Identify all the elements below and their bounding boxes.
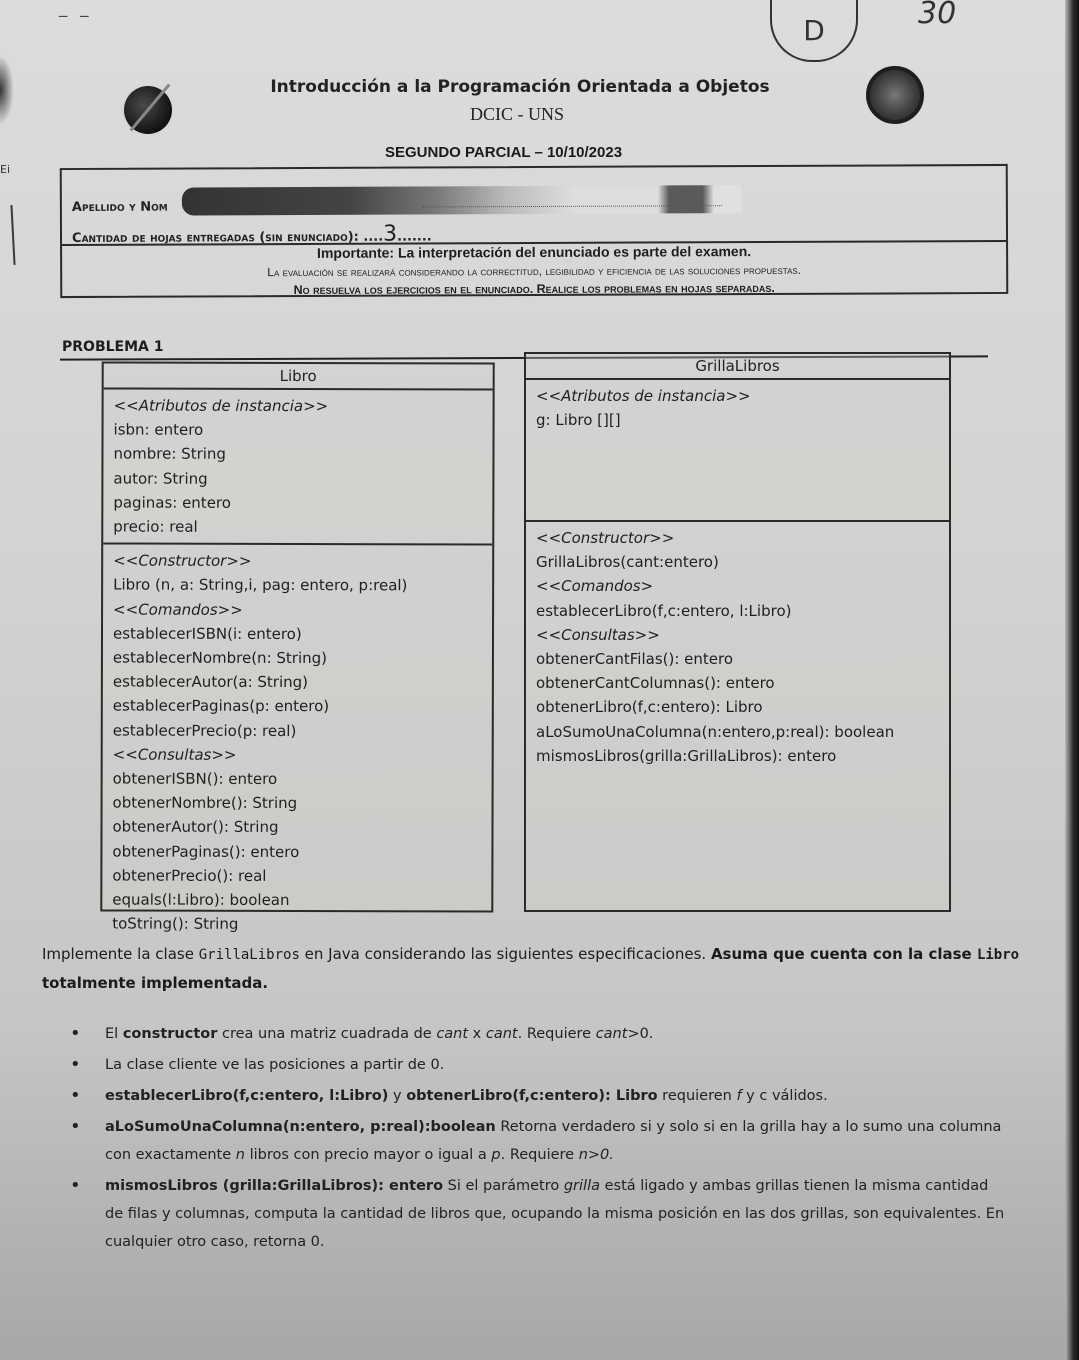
uml-member: establecerNombre(n: String) [113,646,482,671]
text-fragment: y [388,1088,406,1104]
uml-member: toString(): String [112,912,481,937]
text-fragment: obtenerLibro(f,c:entero): Libro [406,1088,657,1104]
spec-item-a-lo-sumo-una-columna: aLoSumoUnaColumna(n:entero, p:real):bool… [60,1113,1010,1169]
notice-separate-sheets: No resuelva los ejercicios en el enuncia… [62,280,1006,298]
commands-header: <<Comandos> [536,574,939,598]
text-fragment: cant [486,1026,518,1042]
uml-member: paginas: entero [113,490,482,515]
handwritten-grade: D [770,0,858,62]
text-fragment: constructor [123,1026,218,1042]
uml-member: obtenerAutor(): String [112,815,481,840]
redacted-name [182,185,742,215]
uml-member: obtenerISBN(): entero [113,767,482,792]
text-fragment: grilla [564,1178,600,1194]
uml-member: obtenerCantColumnas(): entero [536,671,939,695]
uml-member: establecerLibro(f,c:entero, l:Libro) [536,599,939,623]
uml-member: obtenerCantFilas(): entero [536,647,939,671]
notice-important: Importante: La interpretación del enunci… [62,242,1006,262]
uml-class-libro: Libro <<Atributos de instancia>> isbn: e… [100,361,494,912]
specification-list: El constructor crea una matriz cuadrada … [60,1020,1010,1259]
name-label: Apellido y Nom [72,200,168,215]
methods-section: <<Constructor>> GrillaLibros(cant:entero… [526,522,949,772]
exam-header-box: Apellido y Nom Cantidad de hojas entrega… [60,164,1009,298]
uml-member: obtenerPaginas(): entero [112,839,481,864]
intro-class-name: GrillaLibros [199,947,300,963]
uml-member: obtenerNombre(): String [113,791,482,816]
problem-label: PROBLEMA 1 [62,339,163,355]
uml-member: obtenerPrecio(): real [112,863,481,888]
uml-member: autor: String [113,466,482,491]
text-fragment: p [491,1147,500,1163]
text-fragment: . Requiere [518,1026,596,1042]
text-fragment: . Requiere [501,1147,579,1163]
text-fragment: n [236,1147,245,1163]
uml-member: establecerPaginas(p: entero) [113,694,482,719]
class-name: GrillaLibros [526,354,949,380]
attributes-section: <<Atributos de instancia>> g: Libro [][] [526,380,949,522]
text-fragment: n>0. [579,1147,614,1163]
uml-member: obtenerLibro(f,c:entero): Libro [536,695,939,719]
text-fragment: crea una matriz cuadrada de [217,1026,436,1042]
uml-member: establecerISBN(i: entero) [113,621,482,646]
constructor-header: <<Constructor>> [536,526,939,550]
page-edge-shadow [1065,0,1079,1360]
uml-member: precio: real [113,515,482,540]
statement-intro: Implemente la clase GrillaLibros en Java… [42,940,1032,997]
constructor-header: <<Constructor>> [113,549,482,574]
intro-class-name-2: Libro [977,947,1019,963]
attributes-section: <<Atributos de instancia>> isbn: enteron… [103,389,492,545]
grade-letter: D [803,14,825,47]
spec-item-constructor: El constructor crea una matriz cuadrada … [60,1020,1010,1048]
text-fragment: cant [596,1026,628,1042]
uml-member: equals(l:Libro): boolean [112,888,481,913]
uml-member: g: Libro [][] [536,408,939,432]
intro-bold-text: totalmente implementada. [42,974,268,992]
course-title: Introducción a la Programación Orientada… [0,77,1040,97]
queries-header: <<Consultas>> [536,623,939,647]
spec-item-mismos-libros: mismosLibros (grilla:GrillaLibros): ente… [60,1172,1010,1256]
uml-member: isbn: entero [114,418,483,443]
uml-member: Libro (n, a: String,i, pag: entero, p:re… [113,573,482,598]
department: DCIC - UNS [0,104,1034,125]
left-margin-text: Ei [0,163,10,176]
text-fragment: El [105,1026,123,1042]
queries-header: <<Consultas>> [113,742,482,767]
text-fragment: establecerLibro(f,c:entero, l:Libro) [105,1088,388,1104]
spec-item-positions: La clase cliente ve las posiciones a par… [60,1051,1010,1079]
commands-header: <<Comandos>> [113,597,482,622]
text-fragment: Si el parámetro [443,1178,564,1194]
handwritten-score: 30 [918,0,956,31]
spec-item-establecer-obtener: establecerLibro(f,c:entero, l:Libro) y o… [60,1082,1010,1110]
uml-member: mismosLibros(grilla:GrillaLibros): enter… [536,744,939,768]
uml-member: establecerAutor(a: String) [113,670,482,695]
exam-title: SEGUNDO PARCIAL – 10/10/2023 [385,144,622,161]
text-fragment: cant [436,1026,468,1042]
text-fragment: >0. [627,1026,653,1042]
text-fragment: aLoSumoUnaColumna(n:entero, p:real):bool… [105,1119,496,1135]
text-fragment: mismosLibros (grilla:GrillaLibros): ente… [105,1178,443,1194]
methods-section: <<Constructor>> Libro (n, a: String,i, p… [102,545,492,941]
attributes-header: <<Atributos de instancia>> [114,394,483,419]
text-fragment: y c válidos. [742,1088,828,1104]
uml-member: establecerPrecio(p: real) [113,718,482,743]
pen-dash-mark: ‒ ‒ [58,6,92,25]
class-name: Libro [104,363,493,390]
text-fragment: La clase cliente ve las posiciones a par… [105,1057,444,1073]
intro-text: Implemente la clase [42,945,199,963]
intro-text: en Java considerando las siguientes espe… [300,945,711,963]
text-fragment: libros con precio mayor o igual a [245,1147,491,1163]
text-fragment: requieren [658,1088,737,1104]
notice-evaluation: La evaluación se realizará considerando … [62,262,1006,280]
left-margin-pen-mark [10,205,15,265]
text-fragment: x [468,1026,486,1042]
uml-member: aLoSumoUnaColumna(n:entero,p:real): bool… [536,720,939,744]
uml-member: nombre: String [113,442,482,467]
uml-class-grillalibros: GrillaLibros <<Atributos de instancia>> … [524,352,951,912]
uml-member: GrillaLibros(cant:entero) [536,550,939,574]
intro-bold-text: Asuma que cuenta con la clase [711,945,977,963]
attributes-header: <<Atributos de instancia>> [536,384,939,408]
